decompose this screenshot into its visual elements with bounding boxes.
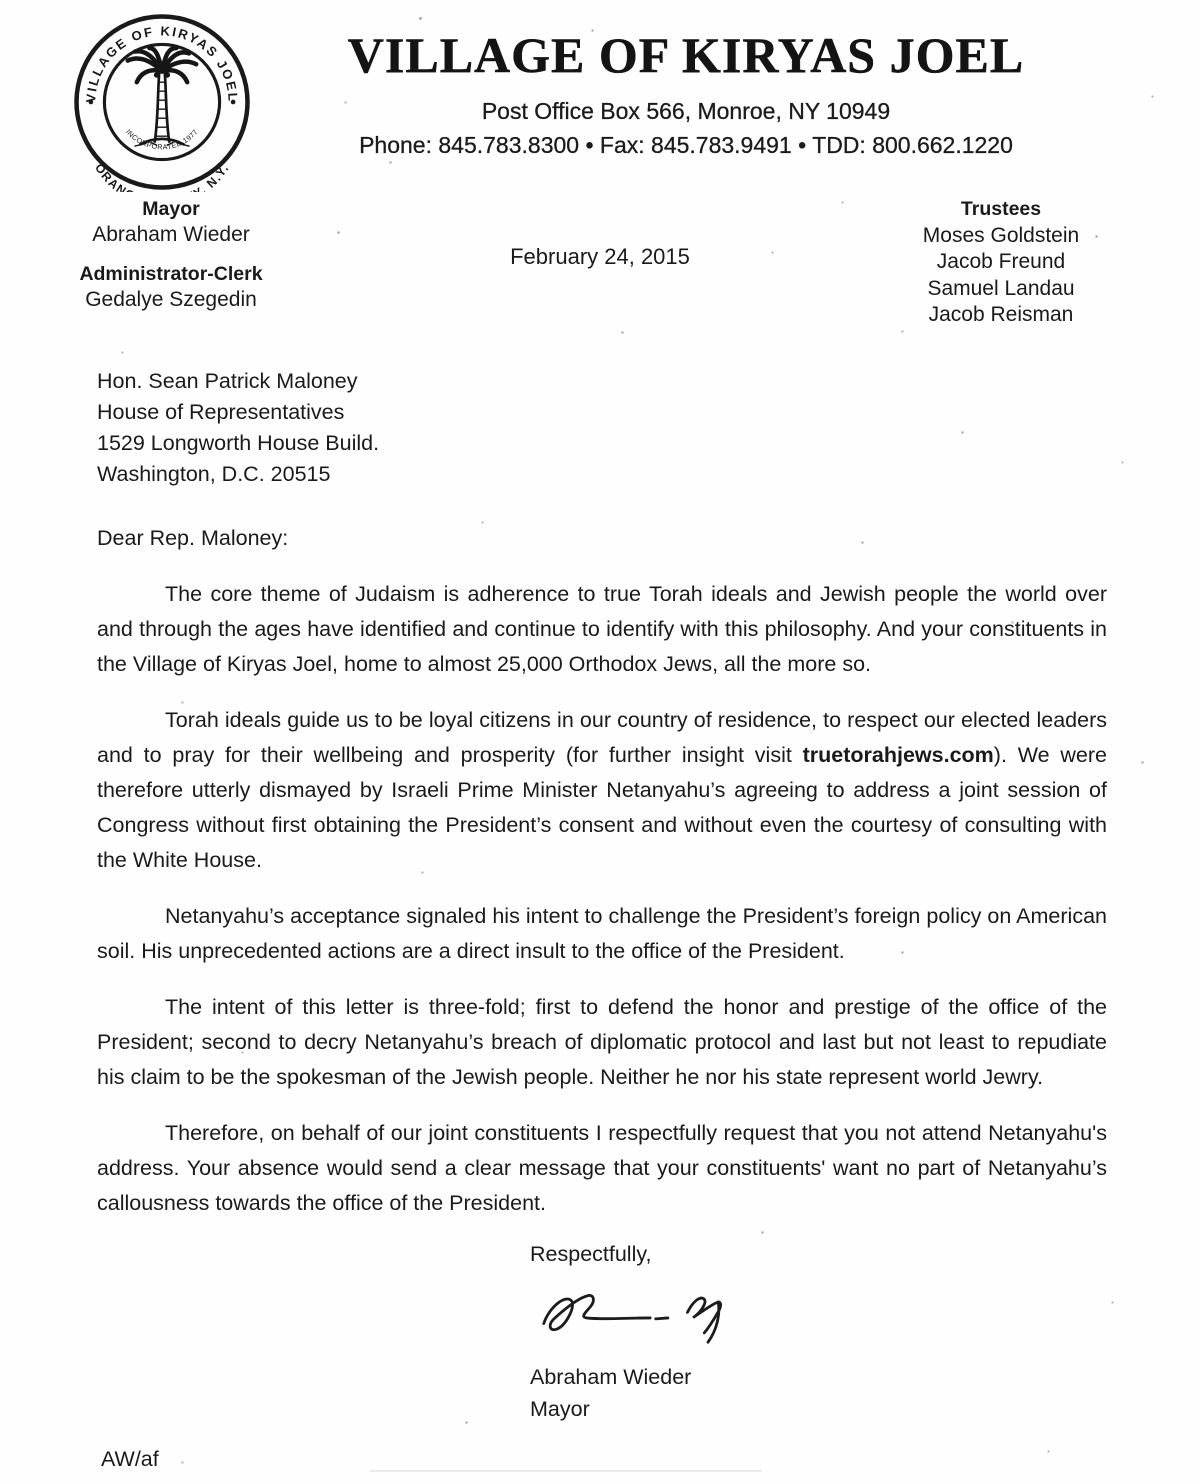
masthead-contact: Phone: 845.783.8300 • Fax: 845.783.9491 … <box>268 132 1104 159</box>
paragraph-3: Netanyahu’s acceptance signaled his inte… <box>97 899 1107 969</box>
recipient-line: Hon. Sean Patrick Maloney <box>97 366 1107 397</box>
closing: Respectfully, <box>530 1242 1107 1267</box>
trustees-label: Trustees <box>868 196 1134 223</box>
salutation: Dear Rep. Maloney: <box>97 526 1107 551</box>
letter-body: Hon. Sean Patrick Maloney House of Repre… <box>97 366 1107 1472</box>
village-seal: VILLAGE OF KIRYAS JOEL ORANGE COUNTY, N.… <box>72 12 252 192</box>
letter-page: VILLAGE OF KIRYAS JOEL ORANGE COUNTY, N.… <box>0 0 1200 1484</box>
reference-initials: AW/af <box>101 1447 1107 1472</box>
closing-block: Respectfully, Abraham Wieder Mayor <box>530 1242 1107 1425</box>
scan-noise <box>0 0 1 1</box>
recipient-line: House of Representatives <box>97 397 1107 428</box>
trustees-block: Trustees Moses Goldstein Jacob Freund Sa… <box>868 196 1134 329</box>
clerk-name: Gedalye Szegedin <box>40 287 302 313</box>
mayor-label: Mayor <box>40 196 302 222</box>
recipient-line: Washington, D.C. 20515 <box>97 459 1107 490</box>
signer-block: Abraham Wieder Mayor <box>530 1361 1107 1425</box>
trustee-name: Jacob Freund <box>868 249 1134 276</box>
signer-name: Abraham Wieder <box>530 1361 1107 1393</box>
trustee-name: Samuel Landau <box>868 276 1134 303</box>
paragraph-5: Therefore, on behalf of our joint consti… <box>97 1116 1107 1221</box>
paragraph-2: Torah ideals guide us to be loyal citize… <box>97 703 1107 878</box>
website-mention: truetorahjews.com <box>803 743 994 767</box>
scan-artifact-line <box>370 1470 762 1472</box>
paragraph-4: The intent of this letter is three-fold;… <box>97 990 1107 1095</box>
recipient-line: 1529 Longworth House Build. <box>97 428 1107 459</box>
masthead-address: Post Office Box 566, Monroe, NY 10949 <box>268 98 1104 125</box>
paragraph-1: The core theme of Judaism is adherence t… <box>97 577 1107 682</box>
letter-paragraphs: The core theme of Judaism is adherence t… <box>97 577 1107 1221</box>
recipient-address: Hon. Sean Patrick Maloney House of Repre… <box>97 366 1107 490</box>
signer-title: Mayor <box>530 1393 1107 1425</box>
officials-row: Mayor Abraham Wieder Administrator-Clerk… <box>0 196 1200 336</box>
masthead: VILLAGE OF KIRYAS JOEL Post Office Box 5… <box>268 26 1104 159</box>
palm-tree-icon <box>128 48 196 146</box>
seal-graphic: VILLAGE OF KIRYAS JOEL ORANGE COUNTY, N.… <box>72 12 252 192</box>
trustee-name: Moses Goldstein <box>868 223 1134 250</box>
trustee-name: Jacob Reisman <box>868 302 1134 329</box>
handwritten-signature <box>518 1275 786 1359</box>
page-title: VILLAGE OF KIRYAS JOEL <box>268 26 1104 84</box>
